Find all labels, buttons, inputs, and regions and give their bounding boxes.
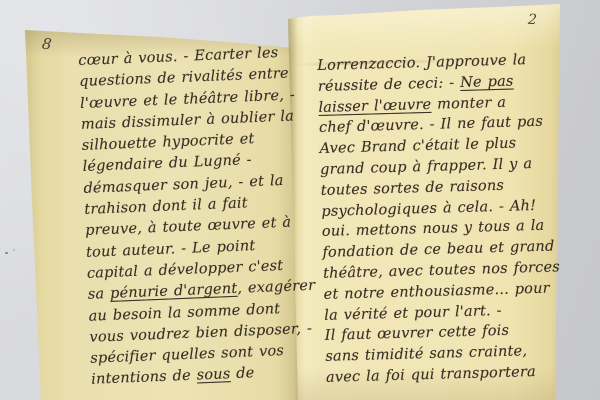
handwriting-segment: intentions de [91,368,197,388]
handwriting-segment: légendaire du Lugné - [82,153,252,176]
page-number-left: 8 [41,35,52,54]
handwriting-segment: la vérité et pour l'art. - [324,303,502,324]
handwriting-segment: toutes sortes de raisons [321,178,505,199]
dust-speck [13,249,15,251]
handwriting-segment: et notre enthousiasme... pour [323,280,550,302]
handwritten-text-right-page: Lorrenzaccio. J'approuve laréussite de c… [317,49,563,388]
handwriting-segment: , exagérer [237,278,316,297]
dust-speck [5,252,8,254]
handwriting-underlined-segment: Ne pas [460,73,514,90]
handwriting-segment: grand coup à frapper. Il y a [320,156,532,178]
handwritten-text-left-page: cœur à vous. - Ecarter lesquestions de r… [78,42,319,392]
photograph-of-manuscript: 8 2 cœur à vous. - Ecarter lesquestions … [0,0,600,400]
handwriting-segment: monter a [431,94,506,112]
handwriting-segment: sa [87,286,110,303]
page-number-right: 2 [528,12,538,28]
handwriting-underlined-segment: pénurie d'argent [110,281,238,302]
handwriting-segment: réussite de ceci: - [318,75,461,95]
handwriting-segment: avec la foi qui transportera [326,364,536,386]
handwriting-underlined-segment: laisser l'œuvre [318,96,431,115]
handwriting-segment: sans timidité sans crainte, [325,343,527,365]
handwriting-segment: Il faut œuvrer cette fois [325,323,510,344]
handwriting-segment: Lorrenzaccio. J'approuve la [317,52,526,74]
handwriting-segment: Avec Brand c'était le plus [319,136,516,157]
handwriting-segment: de [230,366,255,383]
handwriting-underlined-segment: sous [196,367,230,384]
handwriting-segment: trahison dont il a fait [84,195,248,218]
